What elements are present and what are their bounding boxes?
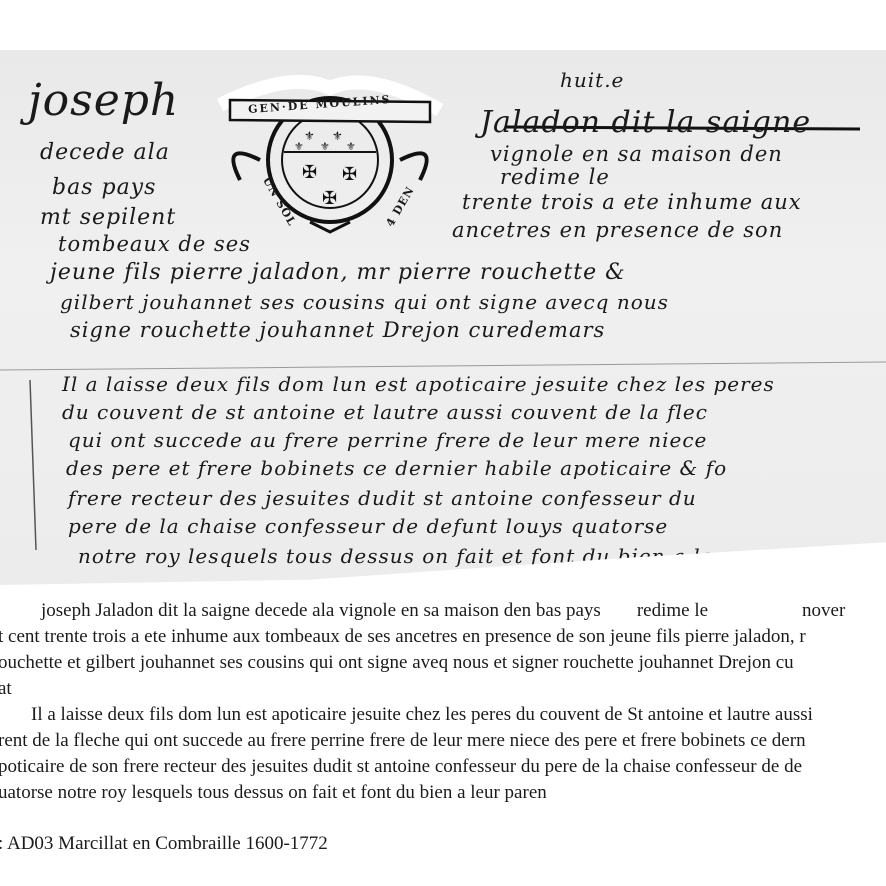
margin-note: decede ala xyxy=(40,140,170,165)
manuscript-line: Il a laisse deux fils dom lun est apotic… xyxy=(62,372,775,396)
manuscript-line: Jaladon dit la saigne xyxy=(480,105,811,140)
manuscript-line: vignole en sa maison den xyxy=(490,142,783,166)
transcription-text: nover xyxy=(802,600,845,621)
transcription-line: rent de la fleche qui ont succede au fre… xyxy=(0,730,806,752)
svg-text:✠: ✠ xyxy=(342,164,357,184)
transcription-line: at xyxy=(0,678,12,700)
manuscript-line: notre roy lesquels tous dessus on fait e… xyxy=(78,544,772,568)
svg-text:⚜: ⚜ xyxy=(294,141,304,153)
svg-text:⚜: ⚜ xyxy=(320,141,330,153)
margin-name: joseph xyxy=(28,75,179,126)
transcription-text: joseph Jaladon dit la saigne decede ala … xyxy=(41,600,601,621)
svg-text:✠: ✠ xyxy=(322,188,337,208)
header-annotation: huit.e xyxy=(560,68,624,92)
transcription-line: poticaire de son frere recteur des jesui… xyxy=(0,756,802,778)
manuscript-line: qui ont succede au frere perrine frere d… xyxy=(68,428,707,452)
manuscript-line: tombeaux de ses xyxy=(58,232,251,256)
manuscript-line: du couvent de st antoine et lautre aussi… xyxy=(62,400,708,424)
svg-text:✠: ✠ xyxy=(302,162,317,182)
manuscript-line: trente trois a ete inhume aux xyxy=(462,190,802,214)
svg-text:⚜: ⚜ xyxy=(304,129,315,143)
manuscript-line: redime le xyxy=(500,165,610,189)
svg-text:⚜: ⚜ xyxy=(332,129,343,143)
manuscript-line: frere recteur des jesuites dudit st anto… xyxy=(68,486,697,510)
manuscript-line: signe rouchette jouhannet Drejon curedem… xyxy=(70,318,605,342)
margin-note: mt sepilent xyxy=(40,205,176,230)
transcription-line: ouchette et gilbert jouhannet ses cousin… xyxy=(0,652,794,674)
manuscript-line: jeune fils pierre jaladon, mr pierre rou… xyxy=(50,260,626,285)
manuscript-scan: ⚜ ⚜ ⚜ ⚜ ⚜ ✠ ✠ ✠ joseph decede ala bas pa… xyxy=(0,50,886,585)
manuscript-line: ancetres en presence de son xyxy=(452,218,783,242)
transcription-line: joseph Jaladon dit la saigne decede ala … xyxy=(41,600,845,622)
transcription-line: uatorse notre roy lesquels tous dessus o… xyxy=(0,782,547,804)
margin-note: bas pays xyxy=(52,175,156,200)
svg-text:⚜: ⚜ xyxy=(346,141,356,153)
source-citation: : AD03 Marcillat en Combraille 1600-1772 xyxy=(0,833,328,855)
transcription-line: Il a laisse deux fils dom lun est apotic… xyxy=(31,704,813,726)
transcription-line: t cent trente trois a ete inhume aux tom… xyxy=(0,626,806,648)
transcription-text: redime le xyxy=(637,600,708,621)
manuscript-line: gilbert jouhannet ses cousins qui ont si… xyxy=(60,290,669,314)
manuscript-line: pere de la chaise confesseur de defunt l… xyxy=(68,514,668,538)
manuscript-line: des pere et frere bobinets ce dernier ha… xyxy=(66,456,727,480)
